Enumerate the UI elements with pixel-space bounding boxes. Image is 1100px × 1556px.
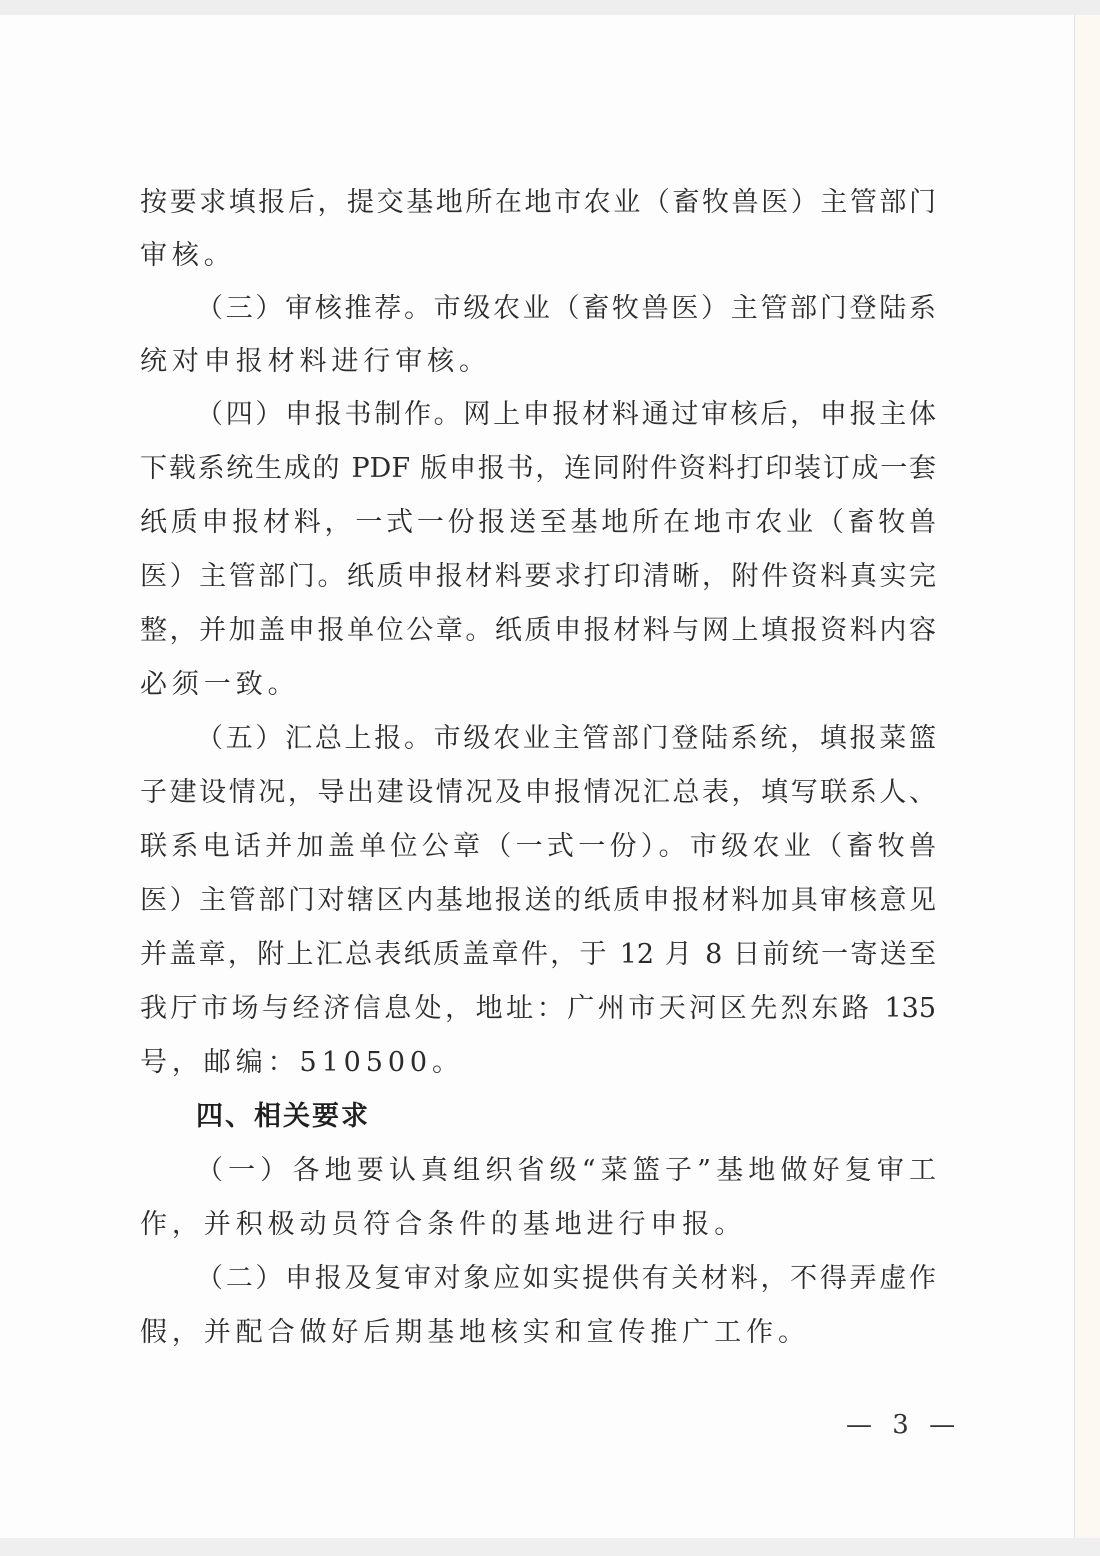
body-line-deadline: 并盖章，附上汇总表纸质盖章件，于 12 月 8 日前统一寄送至 [140,938,936,972]
requirement-item-1: （一）各地要认真组织省级“菜篮子”基地做好复审工 [196,1154,936,1188]
body-line: 整，并加盖申报单位公章。纸质申报材料与网上填报资料内容 [140,614,936,648]
paragraph-review-recommend: （三）审核推荐。市级农业（畜牧兽医）主管部门登陆系 [196,292,936,326]
body-line: 按要求填报后，提交基地所在地市农业（畜牧兽医）主管部门 [140,186,936,220]
body-line: 必须一致。 [140,668,936,702]
body-line: 下载系统生成的 PDF 版申报书，连同附件资料打印装订成一套 [140,452,936,486]
body-line: 医）主管部门。纸质申报材料要求打印清晰，附件资料真实完 [140,560,936,594]
scan-bottom-margin [0,1538,1100,1556]
body-line: 医）主管部门对辖区内基地报送的纸质申报材料加具审核意见 [140,884,936,918]
body-line: 纸质申报材料，一式一份报送至基地所在地市农业（畜牧兽 [140,506,936,540]
page-number: — 3 — [846,1410,961,1440]
body-line: 统对申报材料进行审核。 [140,345,936,379]
body-line: 子建设情况，导出建设情况及申报情况汇总表，填写联系人、 [140,776,936,810]
body-line: 联系电话并加盖单位公章（一式一份）。市级农业（畜牧兽 [140,830,936,864]
body-line-address: 我厅市场与经济信息处，地址：广州市天河区先烈东路 135 [140,992,936,1026]
paragraph-application-preparation: （四）申报书制作。网上申报材料通过审核后，申报主体 [196,398,936,432]
body-line: 审核。 [140,239,936,273]
paragraph-summary-report: （五）汇总上报。市级农业主管部门登陆系统，填报菜篮 [196,722,936,756]
body-line: 假，并配合做好后期基地核实和宣传推广工作。 [140,1316,936,1350]
body-line-postcode: 号，邮编：510500。 [140,1046,936,1080]
scan-right-edge [1074,15,1100,1538]
scan-top-margin [0,0,1100,15]
section-heading-requirements: 四、相关要求 [196,1100,370,1134]
requirement-item-2: （二）申报及复审对象应如实提供有关材料，不得弄虚作 [196,1262,936,1296]
body-line: 作，并积极动员符合条件的基地进行申报。 [140,1208,936,1242]
